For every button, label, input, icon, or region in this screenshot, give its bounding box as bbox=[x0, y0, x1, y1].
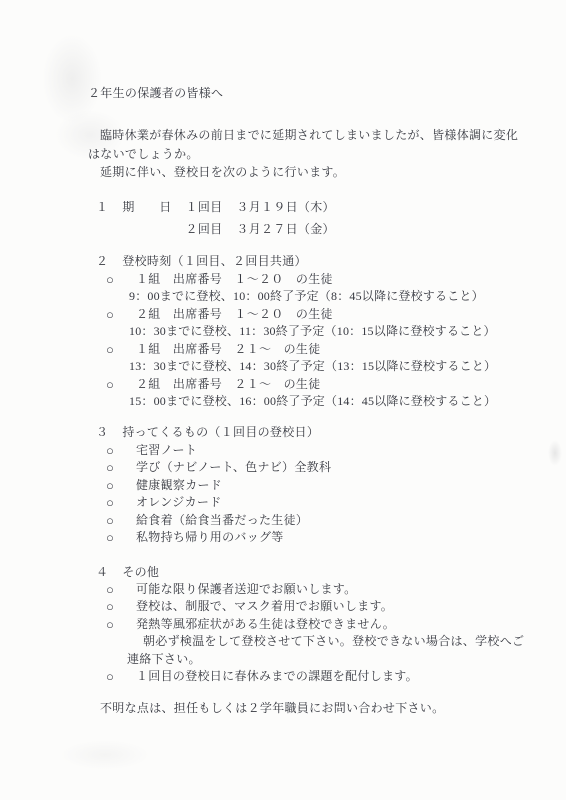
item-text: 学び（ナビノート、色ナビ）全教科 bbox=[134, 459, 536, 477]
notice-content: ２年生の保護者の皆様へ 臨時休業が春休みの前日までに延期されてしまいましたが、皆… bbox=[88, 84, 536, 717]
scan-artifact bbox=[548, 440, 562, 466]
circle-bullet: ○ bbox=[106, 529, 134, 547]
circle-bullet: ○ bbox=[106, 477, 134, 495]
list-item-body: １組 出席番号 １～２０ の生徒 9：00までに登校、10：00終了予定（8：4… bbox=[134, 271, 536, 306]
list-item-body: １組 出席番号 ２１～ の生徒 13：30までに登校、14：30終了予定（13：… bbox=[134, 341, 536, 376]
circle-bullet: ○ bbox=[106, 494, 134, 512]
salutation: ２年生の保護者の皆様へ bbox=[88, 84, 536, 102]
time-note: 9：00までに登校、10：00終了予定（8：45以降に登校すること） bbox=[129, 288, 536, 306]
list-item: ○ １組 出席番号 ２１～ の生徒 13：30までに登校、14：30終了予定（1… bbox=[88, 341, 536, 376]
closing-note: 不明な点は、担任もしくは２学年職員にお問い合わせ下さい。 bbox=[88, 699, 536, 717]
list-item: ○ ２組 出席番号 １～２０ の生徒 10：30までに登校、11：30終了予定（… bbox=[88, 306, 536, 341]
list-item: ○ 給食着（給食当番だった生徒） bbox=[88, 512, 536, 530]
item-text: １回目の登校日に春休みまでの課題を配付します。 bbox=[134, 668, 536, 686]
section-title: 持ってくるもの（１回目の登校日） bbox=[122, 423, 319, 441]
list-item: ○ １組 出席番号 １～２０ の生徒 9：00までに登校、10：00終了予定（8… bbox=[88, 271, 536, 306]
section-number: １ bbox=[96, 196, 108, 240]
item-text: 連絡下さい。 bbox=[127, 651, 536, 669]
list-item: ○ 可能な限り保護者送迎でお願いします。 bbox=[88, 581, 536, 599]
section-number: ４ bbox=[96, 563, 108, 581]
list-item-body: ２組 出席番号 １～２０ の生徒 10：30までに登校、11：30終了予定（10… bbox=[134, 306, 536, 341]
section-dates: １ 期 日 １回目 ３月１９日（木） ２回目 ３月２７日（金） bbox=[88, 196, 536, 240]
date-row: ２回目 ３月２７日（金） bbox=[186, 218, 335, 240]
section-things-to-bring: ３ 持ってくるもの（１回目の登校日） ○ 宅習ノート ○ 学び（ナビノート、色ナ… bbox=[88, 423, 536, 547]
intro-line: 臨時休業が春休みの前日までに延期されてしまいましたが、皆様体調に変化 bbox=[88, 126, 536, 145]
item-text: 登校は、制服で、マスク着用でお願いします。 bbox=[134, 598, 536, 616]
section-title: 期 日 bbox=[122, 196, 171, 240]
list-item: ○ 学び（ナビノート、色ナビ）全教科 bbox=[88, 459, 536, 477]
section-title: その他 bbox=[122, 563, 159, 581]
circle-bullet: ○ bbox=[106, 581, 134, 599]
section-number: ３ bbox=[96, 423, 108, 441]
time-note: 10：30までに登校、11：30終了予定（10：15以降に登校すること） bbox=[129, 323, 536, 341]
circle-bullet: ○ bbox=[106, 598, 134, 616]
section-heading: ３ 持ってくるもの（１回目の登校日） bbox=[88, 423, 536, 441]
circle-bullet: ○ bbox=[106, 459, 134, 477]
intro-paragraph: 臨時休業が春休みの前日までに延期されてしまいましたが、皆様体調に変化 はないでし… bbox=[88, 126, 536, 182]
section-number: ２ bbox=[96, 252, 108, 270]
circle-bullet: ○ bbox=[106, 668, 134, 686]
scanned-notice-page: ２年生の保護者の皆様へ 臨時休業が春休みの前日までに延期されてしまいましたが、皆… bbox=[0, 0, 566, 800]
intro-line: 延期に伴い、登校日を次のように行います。 bbox=[88, 163, 536, 182]
section-arrival-times: ２ 登校時刻（１回目、２回目共通） ○ １組 出席番号 １～２０ の生徒 9：0… bbox=[88, 252, 536, 411]
student-group: ２組 出席番号 ２１～ の生徒 bbox=[134, 376, 536, 394]
list-item: ○ 登校は、制服で、マスク着用でお願いします。 bbox=[88, 598, 536, 616]
item-text: 給食着（給食当番だった生徒） bbox=[134, 512, 536, 530]
item-text: 朝必ず検温をして登校させて下さい。登校できない場合は、学校へご bbox=[134, 633, 536, 651]
list-item-body: 発熱等風邪症状がある生徒は登校できません。 朝必ず検温をして登校させて下さい。登… bbox=[134, 616, 536, 669]
circle-bullet: ○ bbox=[106, 512, 134, 530]
date-label: ２回目 bbox=[186, 218, 223, 240]
circle-bullet: ○ bbox=[106, 442, 134, 460]
section-heading: ４ その他 bbox=[88, 563, 536, 581]
list-item: ○ 健康観察カード bbox=[88, 477, 536, 495]
section-heading: ２ 登校時刻（１回目、２回目共通） bbox=[88, 252, 536, 270]
date-rows: １回目 ３月１９日（木） ２回目 ３月２７日（金） bbox=[186, 196, 335, 240]
list-item: ○ 発熱等風邪症状がある生徒は登校できません。 朝必ず検温をして登校させて下さい… bbox=[88, 616, 536, 669]
section-other: ４ その他 ○ 可能な限り保護者送迎でお願いします。 ○ 登校は、制服で、マスク… bbox=[88, 563, 536, 686]
item-text: 健康観察カード bbox=[134, 477, 536, 495]
item-text: 宅習ノート bbox=[134, 442, 536, 460]
intro-line: はないでしょうか。 bbox=[88, 145, 536, 164]
time-note: 13：30までに登校、14：30終了予定（13：15以降に登校すること） bbox=[129, 358, 536, 376]
list-item: ○ ２組 出席番号 ２１～ の生徒 15：00までに登校、16：00終了予定（1… bbox=[88, 376, 536, 411]
student-group: １組 出席番号 １～２０ の生徒 bbox=[134, 271, 536, 289]
section-title: 登校時刻（１回目、２回目共通） bbox=[122, 252, 307, 270]
date-value: ３月２７日（金） bbox=[236, 218, 334, 240]
item-text: 私物持ち帰り用のバッグ等 bbox=[134, 529, 536, 547]
item-text: 発熱等風邪症状がある生徒は登校できません。 bbox=[134, 616, 536, 634]
scan-artifact bbox=[60, 740, 150, 770]
date-value: ３月１９日（木） bbox=[236, 196, 334, 218]
list-item-body: ２組 出席番号 ２１～ の生徒 15：00までに登校、16：00終了予定（14：… bbox=[134, 376, 536, 411]
list-item: ○ １回目の登校日に春休みまでの課題を配付します。 bbox=[88, 668, 536, 686]
time-note: 15：00までに登校、16：00終了予定（14：45以降に登校すること） bbox=[129, 393, 536, 411]
list-item: ○ 宅習ノート bbox=[88, 442, 536, 460]
list-item: ○ オレンジカード bbox=[88, 494, 536, 512]
item-text: オレンジカード bbox=[134, 494, 536, 512]
student-group: ２組 出席番号 １～２０ の生徒 bbox=[134, 306, 536, 324]
item-text: 可能な限り保護者送迎でお願いします。 bbox=[134, 581, 536, 599]
student-group: １組 出席番号 ２１～ の生徒 bbox=[134, 341, 536, 359]
date-label: １回目 bbox=[186, 196, 223, 218]
date-row: １回目 ３月１９日（木） bbox=[186, 196, 335, 218]
list-item: ○ 私物持ち帰り用のバッグ等 bbox=[88, 529, 536, 547]
